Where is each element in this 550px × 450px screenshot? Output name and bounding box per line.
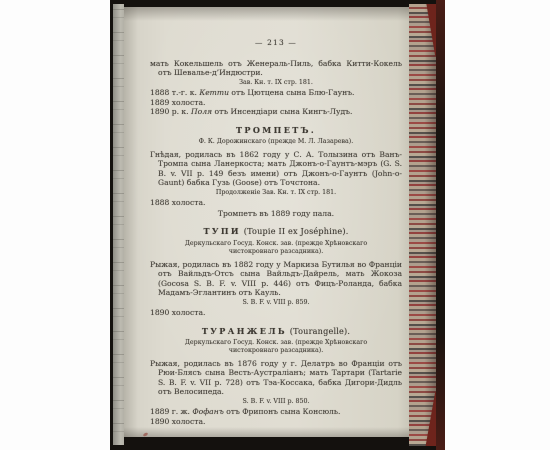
section-tupi: ТУПИ (Toupie II ex Joséphine). Деркульск… <box>150 227 402 317</box>
studbook-ref: Зав. Кн. т. IX стр. 181. <box>150 79 402 87</box>
owner-line: Деркульскаго Госуд. Конск. зав. (прежде … <box>164 339 388 355</box>
section-trompet: ТРОМПЕТЪ. Ф. К. Дорожинскаго (прежде М. … <box>150 126 402 219</box>
facing-page-edge <box>113 4 124 445</box>
facing-page-text-hint <box>113 4 124 445</box>
horse-name-latin: (Toupie II ex Joséphine). <box>241 226 349 236</box>
horse-name: ТУРАНЖЕЛЬ <box>202 326 287 336</box>
foal-record: 1888 холоста. <box>150 198 402 208</box>
horse-heading: ТРОМПЕТЪ. <box>150 126 402 136</box>
foal-record: 1888 т.-г. к. Кетти отъ Цютцена сына Блю… <box>150 88 402 98</box>
record-prefix: 1889 холоста. <box>150 98 205 107</box>
page-text: — 213 — мать Кокельшель отъ Женераль-Пил… <box>150 38 402 426</box>
record-prefix: 1889 г. ж. <box>150 407 192 416</box>
pedigree-paragraph: Рыжая, родилась въ 1882 году у Маркиза Б… <box>150 260 402 298</box>
foal-record: 1890 р. к. Поля отъ Инсендіари сына Кинг… <box>150 107 402 117</box>
record-prefix: 1888 холоста. <box>150 198 205 207</box>
page-number: — 213 — <box>150 38 402 48</box>
book-photo: — 213 — мать Кокельшель отъ Женераль-Пил… <box>0 0 550 450</box>
foal-name: Поля <box>191 107 212 116</box>
record-prefix: 1890 холоста. <box>150 308 205 317</box>
fore-edge-pattern <box>409 4 437 446</box>
record-prefix: 1890 р. к. <box>150 107 191 116</box>
horse-heading: ТУРАНЖЕЛЬ (Tourangelle). <box>150 327 402 337</box>
record-prefix: 1888 т.-г. к. <box>150 88 199 97</box>
studbook-ref: Продолженіе Зав. Кн. т. IX стр. 181. <box>150 189 402 197</box>
foal-record: 1890 холоста. <box>150 308 402 318</box>
death-note: Тромпетъ въ 1889 году пала. <box>150 209 402 219</box>
foal-record: 1889 холоста. <box>150 98 402 108</box>
page-top-shade <box>124 7 409 21</box>
studbook-ref: S. B. F. v. VIII p. 859. <box>150 299 402 307</box>
record-rest: отъ Инсендіари сына Кингъ-Лудъ. <box>212 107 352 116</box>
record-prefix: 1890 холоста. <box>150 417 205 426</box>
owner-line: Ф. К. Дорожинскаго (прежде М. Л. Лазарев… <box>164 138 388 146</box>
record-rest: отъ Цютцена сына Блю-Гаунъ. <box>229 88 354 97</box>
foal-record: 1890 холоста. <box>150 417 402 427</box>
section-turangelle: ТУРАНЖЕЛЬ (Tourangelle). Деркульскаго Го… <box>150 327 402 427</box>
horse-name-latin: (Tourangelle). <box>287 326 350 336</box>
page-bottom-shade <box>124 427 409 437</box>
foal-name: Кетти <box>199 88 229 97</box>
studbook-ref: S. B. F. v. VIII p. 850. <box>150 398 402 406</box>
pedigree-paragraph: Гнѣдая, родилась въ 1862 году у С. А. То… <box>150 150 402 188</box>
carryover-paragraph: мать Кокельшель отъ Женераль-Пиль, бабка… <box>150 59 402 78</box>
owner-line: Деркульскаго Госуд. Конск. зав. (прежде … <box>164 240 388 256</box>
horse-name: ТУПИ <box>203 226 240 236</box>
cover-spine-shadow <box>436 0 445 450</box>
record-rest: отъ Фрипонъ сына Консюль. <box>224 407 341 416</box>
pedigree-paragraph: Рыжая, родилась въ 1876 году у г. Делатр… <box>150 359 402 397</box>
foal-name: Фофанъ <box>192 407 223 416</box>
horse-name: ТРОМПЕТЪ. <box>236 125 316 135</box>
horse-heading: ТУПИ (Toupie II ex Joséphine). <box>150 227 402 237</box>
foal-record: 1889 г. ж. Фофанъ отъ Фрипонъ сына Консю… <box>150 407 402 417</box>
